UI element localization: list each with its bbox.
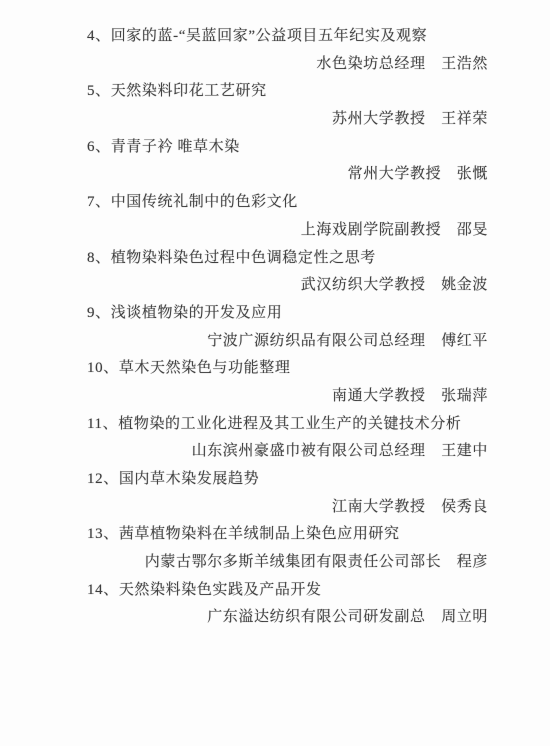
item-title-line: 10、草木天然染色与功能整理 — [87, 355, 488, 383]
item-speaker: 内蒙古鄂尔多斯羊绒集团有限责任公司部长 程彦 — [87, 549, 488, 577]
item-speaker: 南通大学教授 张瑞萍 — [87, 383, 488, 411]
item-number: 9、 — [87, 305, 111, 321]
list-item: 4、回家的蓝-“吴蓝回家”公益项目五年纪实及观察 水色染坊总经理 王浩然 — [87, 23, 488, 78]
item-title: 回家的蓝-“吴蓝回家”公益项目五年纪实及观察 — [111, 28, 428, 44]
item-number: 10、 — [87, 360, 119, 376]
item-title: 浅谈植物染的开发及应用 — [111, 305, 283, 321]
item-speaker: 山东滨州豪盛巾被有限公司总经理 王建中 — [87, 438, 488, 466]
item-title: 青青子衿 唯草木染 — [111, 139, 240, 155]
item-title-line: 4、回家的蓝-“吴蓝回家”公益项目五年纪实及观察 — [87, 23, 488, 51]
item-number: 11、 — [87, 416, 118, 432]
item-title-line: 11、植物染的工业化进程及其工业生产的关键技术分析 — [87, 411, 488, 439]
item-speaker: 常州大学教授 张慨 — [87, 161, 488, 189]
list-item: 12、国内草木染发展趋势 江南大学教授 侯秀良 — [87, 466, 488, 521]
document-page: 4、回家的蓝-“吴蓝回家”公益项目五年纪实及观察 水色染坊总经理 王浩然 5、天… — [0, 0, 550, 746]
item-title-line: 6、青青子衿 唯草木染 — [87, 134, 488, 162]
item-number: 14、 — [87, 582, 119, 598]
item-title: 植物染的工业化进程及其工业生产的关键技术分析 — [118, 416, 461, 432]
item-title: 国内草木染发展趋势 — [119, 471, 259, 487]
item-number: 8、 — [87, 250, 111, 266]
item-title: 茜草植物染料在羊绒制品上染色应用研究 — [119, 526, 400, 542]
item-number: 6、 — [87, 139, 111, 155]
item-speaker: 广东溢达纺织有限公司研发副总 周立明 — [87, 604, 488, 632]
list-item: 8、植物染料染色过程中色调稳定性之思考 武汉纺织大学教授 姚金波 — [87, 245, 488, 300]
item-number: 5、 — [87, 83, 111, 99]
item-title-line: 13、茜草植物染料在羊绒制品上染色应用研究 — [87, 521, 488, 549]
item-title: 天然染料印花工艺研究 — [111, 83, 267, 99]
list-item: 7、中国传统礼制中的色彩文化 上海戏剧学院副教授 邵旻 — [87, 189, 488, 244]
item-number: 12、 — [87, 471, 119, 487]
item-speaker: 江南大学教授 侯秀良 — [87, 494, 488, 522]
list-item: 9、浅谈植物染的开发及应用 宁波广源纺织品有限公司总经理 傅红平 — [87, 300, 488, 355]
item-title-line: 12、国内草木染发展趋势 — [87, 466, 488, 494]
item-number: 7、 — [87, 194, 111, 210]
list-item: 14、天然染料染色实践及产品开发 广东溢达纺织有限公司研发副总 周立明 — [87, 577, 488, 632]
item-title-line: 8、植物染料染色过程中色调稳定性之思考 — [87, 245, 488, 273]
item-speaker: 上海戏剧学院副教授 邵旻 — [87, 217, 488, 245]
item-title-line: 14、天然染料染色实践及产品开发 — [87, 577, 488, 605]
list-item: 6、青青子衿 唯草木染 常州大学教授 张慨 — [87, 134, 488, 189]
item-speaker: 宁波广源纺织品有限公司总经理 傅红平 — [87, 328, 488, 356]
agenda-list: 4、回家的蓝-“吴蓝回家”公益项目五年纪实及观察 水色染坊总经理 王浩然 5、天… — [0, 0, 550, 632]
item-title-line: 5、天然染料印花工艺研究 — [87, 78, 488, 106]
item-speaker: 苏州大学教授 王祥荣 — [87, 106, 488, 134]
list-item: 13、茜草植物染料在羊绒制品上染色应用研究 内蒙古鄂尔多斯羊绒集团有限责任公司部… — [87, 521, 488, 576]
item-number: 4、 — [87, 28, 111, 44]
list-item: 11、植物染的工业化进程及其工业生产的关键技术分析 山东滨州豪盛巾被有限公司总经… — [87, 411, 488, 466]
item-speaker: 水色染坊总经理 王浩然 — [87, 51, 488, 79]
list-item: 10、草木天然染色与功能整理 南通大学教授 张瑞萍 — [87, 355, 488, 410]
item-title: 天然染料染色实践及产品开发 — [119, 582, 322, 598]
item-speaker: 武汉纺织大学教授 姚金波 — [87, 272, 488, 300]
item-title-line: 9、浅谈植物染的开发及应用 — [87, 300, 488, 328]
item-title-line: 7、中国传统礼制中的色彩文化 — [87, 189, 488, 217]
item-number: 13、 — [87, 526, 119, 542]
item-title: 植物染料染色过程中色调稳定性之思考 — [111, 250, 376, 266]
list-item: 5、天然染料印花工艺研究 苏州大学教授 王祥荣 — [87, 78, 488, 133]
item-title: 中国传统礼制中的色彩文化 — [111, 194, 298, 210]
item-title: 草木天然染色与功能整理 — [119, 360, 291, 376]
